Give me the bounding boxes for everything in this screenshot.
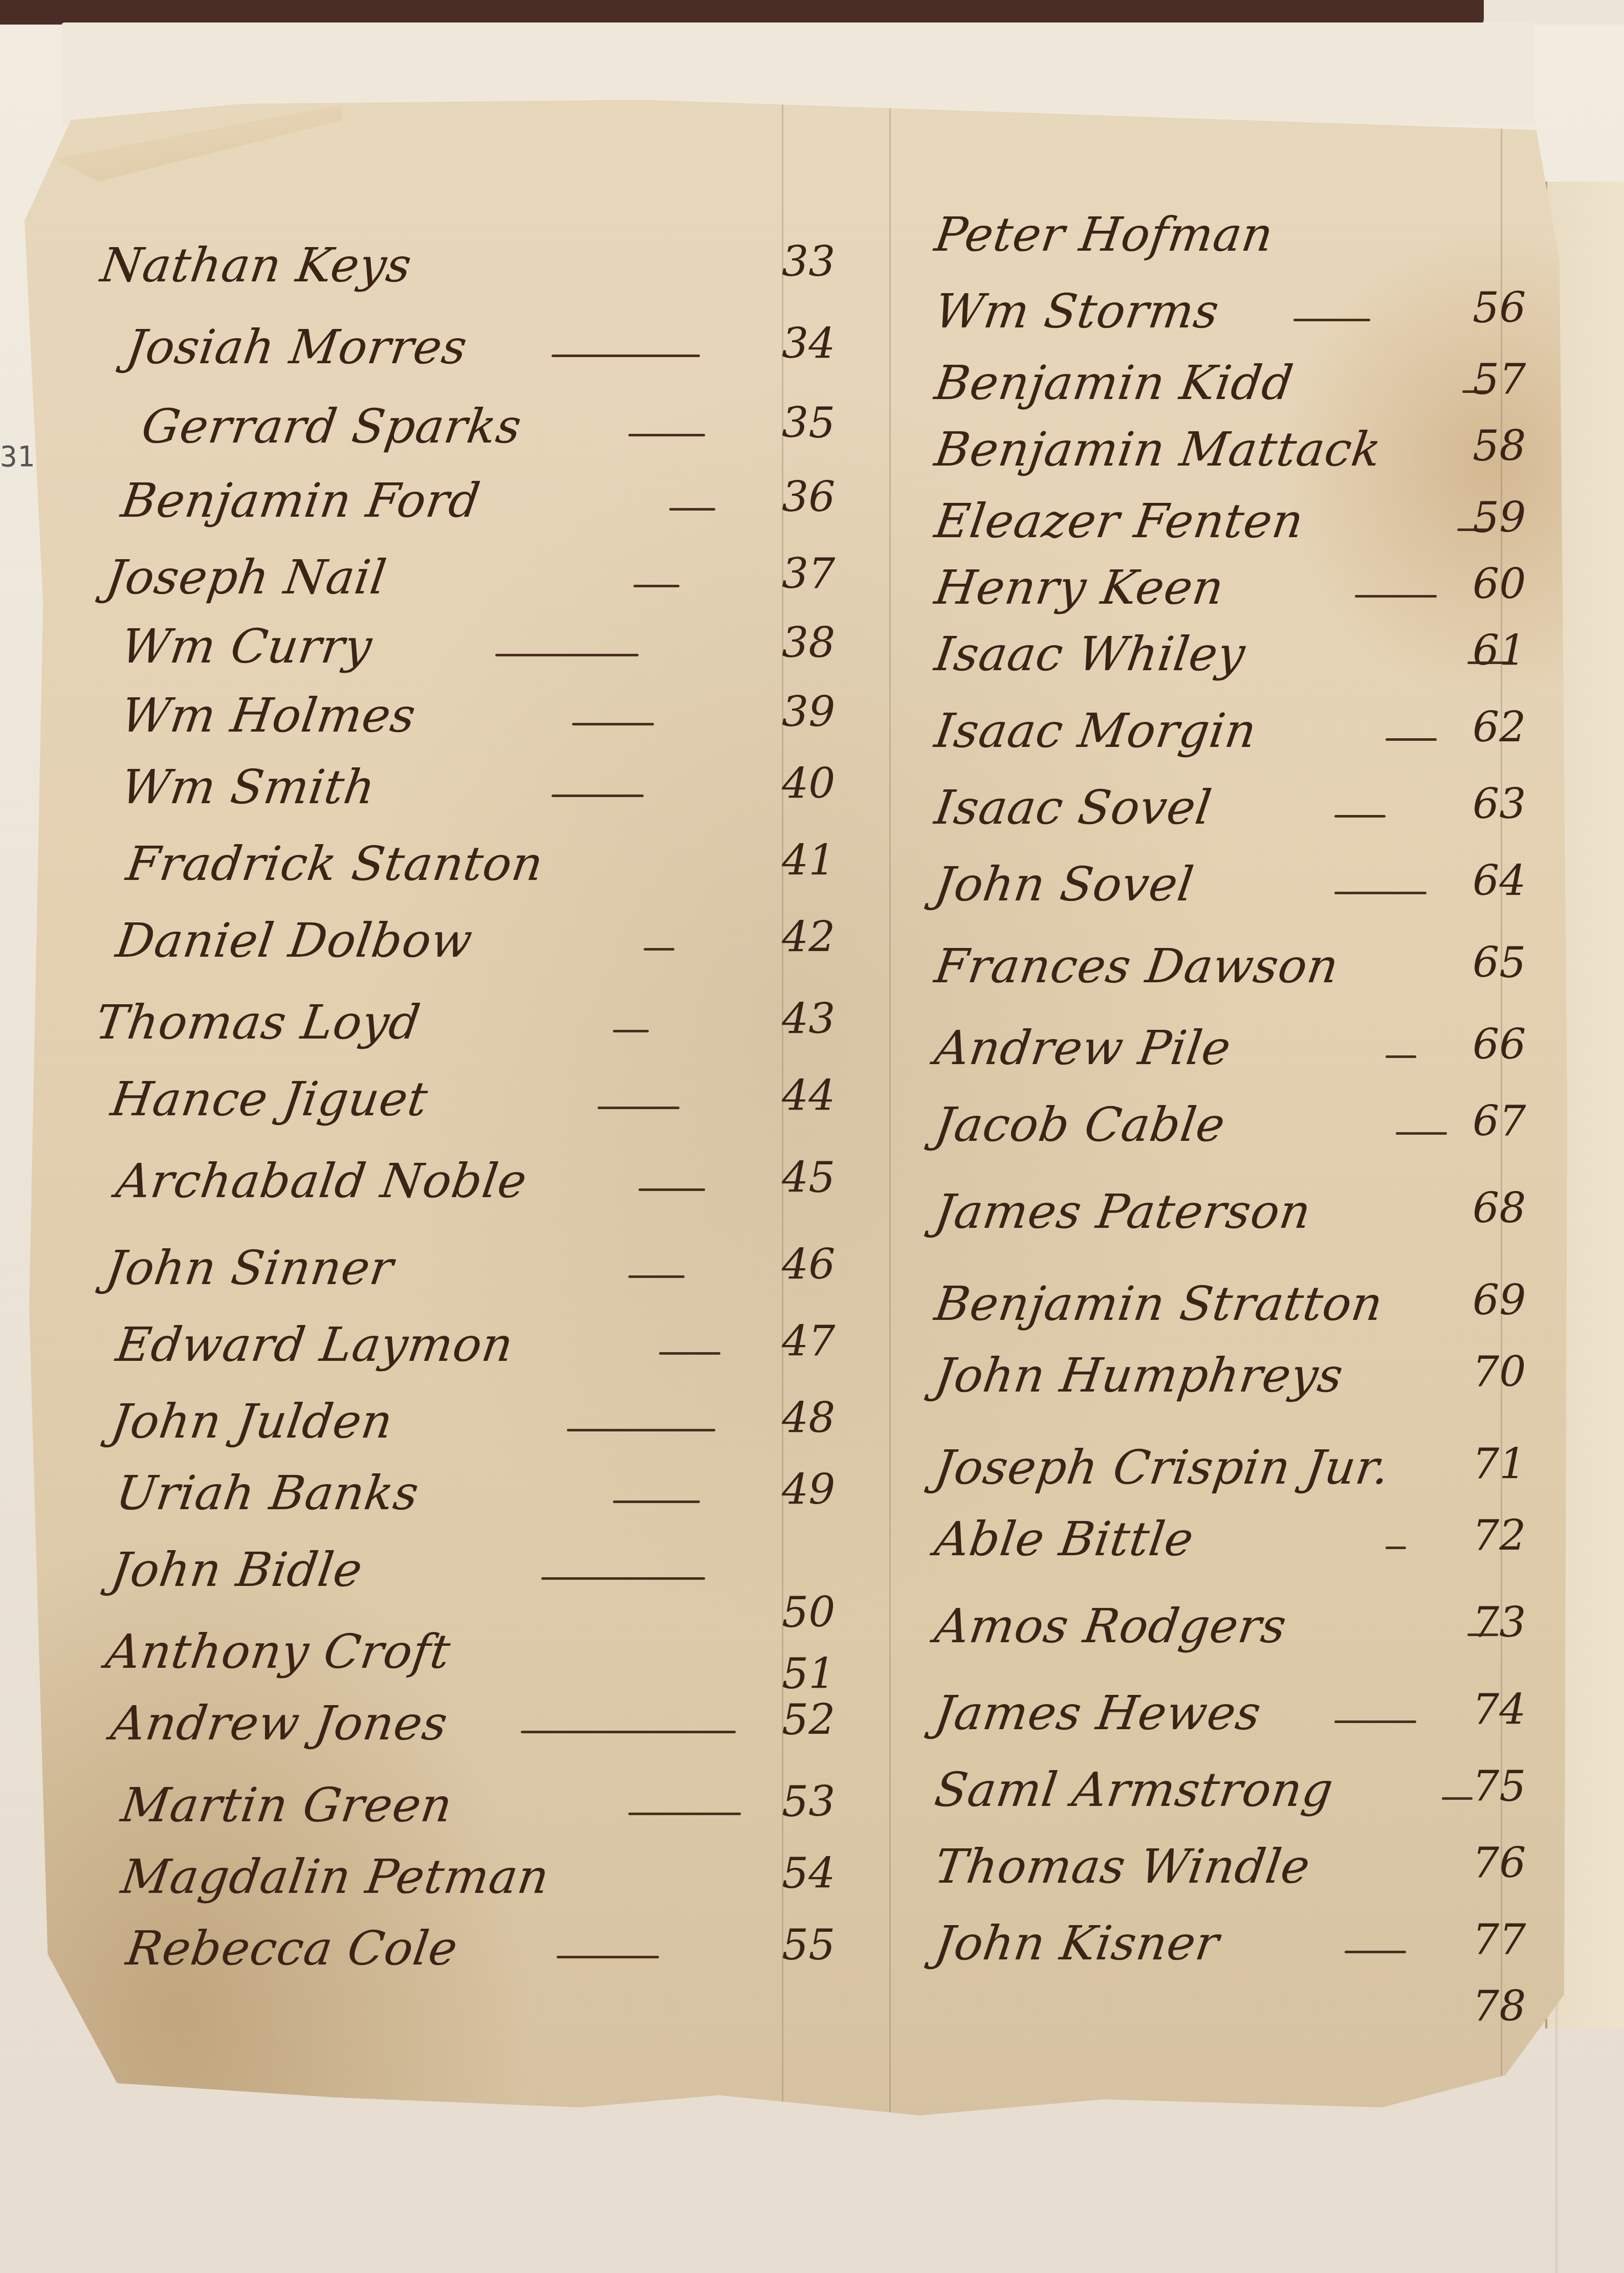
entry-number: 47 [782, 1317, 835, 1366]
register-entry: Henry Keen60 [894, 560, 1567, 632]
entry-name: Jacob Cable [931, 1097, 1228, 1152]
leader-dash [598, 1107, 679, 1109]
register-entry: Saml Armstrong75 [894, 1762, 1567, 1834]
entry-name: John Bidle [107, 1542, 366, 1597]
entry-name: Peter Hofman [931, 207, 1277, 262]
entry-number: 60 [1473, 560, 1526, 609]
leader-dash [541, 1577, 705, 1580]
register-entry: Gerrard Sparks35 [25, 399, 894, 471]
entry-number: 72 [1473, 1512, 1526, 1560]
leader-dash [521, 1731, 736, 1733]
entry-name: Wm Smith [118, 760, 379, 814]
entry-name: Fradrick Stanton [123, 836, 546, 891]
register-entry: John Julden48 [25, 1394, 894, 1466]
register-entry: Joseph Crispin Jur.71 [894, 1440, 1567, 1512]
leader-dash [552, 795, 644, 797]
leader-dash [552, 355, 700, 357]
leader-dash [628, 434, 705, 436]
entry-number: 78 [1473, 1982, 1526, 2031]
leader-dash [613, 1030, 649, 1032]
entry-name: John Humphreys [931, 1348, 1347, 1403]
entry-number: 36 [782, 473, 835, 522]
register-entry: Hance Jiguet44 [25, 1072, 894, 1143]
entry-name: Frances Dawson [931, 939, 1342, 994]
entry-number: 62 [1473, 703, 1526, 752]
entry-name: Rebecca Cole [123, 1921, 461, 1976]
entry-number: 74 [1473, 1686, 1526, 1734]
register-entry: Thomas Loyd43 [25, 995, 894, 1067]
entry-number: 51 [782, 1650, 835, 1698]
entry-number: 76 [1473, 1839, 1526, 1888]
leader-dash [572, 723, 654, 725]
entry-name: John Sinner [102, 1241, 397, 1295]
register-entry: Andrew Pile66 [894, 1021, 1567, 1092]
register-entry: Isaac Whiley61 [894, 627, 1567, 698]
register-entry: Rebecca Cole55 [25, 1921, 894, 1993]
register-entry: Uriah Banks49 [25, 1466, 894, 1537]
register-entry: Wm Curry38 [25, 619, 894, 691]
register-entry: Fradrick Stanton41 [25, 836, 894, 908]
entry-number: 42 [782, 913, 835, 962]
register-entry: Wm Storms56 [894, 284, 1567, 356]
entry-name: Anthony Croft [102, 1624, 454, 1679]
entry-number: 52 [782, 1696, 835, 1745]
register-entry: James Paterson68 [894, 1184, 1567, 1256]
entry-name: Able Bittle [931, 1512, 1197, 1566]
register-entry: John Bidle50 [25, 1542, 894, 1614]
register-entry: 78 [894, 1982, 1567, 2054]
entry-number: 59 [1473, 494, 1526, 542]
register-entry: Anthony Croft51 [25, 1624, 894, 1696]
entry-number: 71 [1473, 1440, 1526, 1489]
register-entry: Wm Holmes39 [25, 688, 894, 760]
entry-number: 45 [782, 1154, 835, 1202]
register-entry: Frances Dawson65 [894, 939, 1567, 1010]
register-entry: Joseph Nail37 [25, 550, 894, 622]
entry-name: Benjamin Ford [118, 473, 484, 528]
entry-number: 57 [1473, 356, 1526, 404]
entry-number: 56 [1473, 284, 1526, 333]
leader-dash [567, 1429, 715, 1431]
entry-name: Isaac Whiley [931, 627, 1248, 681]
register-entry: Isaac Sovel63 [894, 780, 1567, 852]
register-entry: Archabald Noble45 [25, 1154, 894, 1225]
register-entry: Eleazer Fenten59 [894, 494, 1567, 565]
entry-number: 48 [782, 1394, 835, 1443]
leader-dash [659, 1352, 720, 1355]
register-entry: James Hewes74 [894, 1686, 1567, 1757]
entry-name: John Kisner [931, 1916, 1222, 1971]
register-entry: Andrew Jones52 [25, 1696, 894, 1768]
leader-dash [1386, 738, 1437, 741]
entry-name: Thomas Windle [931, 1839, 1313, 1894]
entry-number: 44 [782, 1072, 835, 1120]
entry-number: 39 [782, 688, 835, 737]
entry-number: 49 [782, 1466, 835, 1514]
entry-number: 75 [1473, 1762, 1526, 1811]
register-entry: Wm Smith40 [25, 760, 894, 831]
leader-dash [1334, 815, 1386, 818]
entry-number: 66 [1473, 1021, 1526, 1069]
register-entry: Able Bittle72 [894, 1512, 1567, 1583]
entry-number: 77 [1473, 1916, 1526, 1965]
entry-number: 70 [1473, 1348, 1526, 1397]
leader-dash [639, 1188, 705, 1191]
register-entry: Edward Laymon47 [25, 1317, 894, 1389]
entry-name: Daniel Dolbow [113, 913, 476, 968]
leader-dash [557, 1956, 659, 1958]
register-entry: Isaac Morgin62 [894, 703, 1567, 775]
entry-name: Nathan Keys [97, 238, 415, 293]
register-entry: Benjamin Mattack58 [894, 422, 1567, 494]
entry-name: Uriah Banks [113, 1466, 422, 1520]
entry-number: 53 [782, 1778, 835, 1826]
register-entry: John Sovel64 [894, 857, 1567, 929]
entry-name: Joseph Crispin Jur. [931, 1440, 1393, 1495]
entry-name: Wm Holmes [118, 688, 419, 743]
leader-dash [1386, 1055, 1416, 1058]
leader-dash [669, 508, 715, 511]
register-entry: John Sinner46 [25, 1241, 894, 1312]
entry-number: 40 [782, 760, 835, 808]
entry-name: Gerrard Sparks [138, 399, 525, 454]
entry-name: Eleazer Fenten [931, 494, 1307, 548]
entry-name: Josiah Morres [123, 320, 471, 374]
leader-dash [1334, 1720, 1416, 1723]
entry-number: 63 [1473, 780, 1526, 829]
entry-name: Hance Jiguet [107, 1072, 431, 1127]
entry-number: 41 [782, 836, 835, 885]
register-entry: John Kisner77 [894, 1916, 1567, 1988]
entry-number: 33 [782, 238, 835, 286]
entry-name: Andrew Pile [931, 1021, 1234, 1075]
entry-number: 65 [1473, 939, 1526, 987]
entry-name: John Julden [107, 1394, 396, 1449]
entry-number: 61 [1473, 627, 1526, 675]
margin-page-number: 31 [0, 440, 34, 473]
entry-number: 43 [782, 995, 835, 1044]
entry-number: 73 [1473, 1599, 1526, 1647]
entry-name: Thomas Loyd [92, 995, 424, 1050]
leader-dash [1345, 1951, 1406, 1953]
leader-dash [644, 948, 674, 951]
leader-dash [1396, 1132, 1447, 1135]
entry-name: Martin Green [118, 1778, 456, 1833]
entry-number: 58 [1473, 422, 1526, 471]
entry-name: Amos Rodgers [931, 1599, 1290, 1653]
entry-number: 68 [1473, 1184, 1526, 1233]
leader-dash [1293, 319, 1370, 321]
leader-dash [1386, 1547, 1406, 1549]
entry-name: Isaac Morgin [931, 703, 1260, 758]
register-entry: Josiah Morres34 [25, 320, 894, 391]
register-entry: Daniel Dolbow42 [25, 913, 894, 985]
entry-name: Benjamin Mattack [931, 422, 1385, 477]
entry-number: 38 [782, 619, 835, 668]
register-entry: Benjamin Ford36 [25, 473, 894, 545]
entry-number: 46 [782, 1241, 835, 1289]
register-entry: Amos Rodgers73 [894, 1599, 1567, 1670]
entry-number: 69 [1473, 1276, 1526, 1325]
entry-name: James Hewes [931, 1686, 1264, 1740]
entry-name: Wm Storms [931, 284, 1222, 339]
leader-dash [628, 1813, 741, 1815]
leader-dash [628, 1275, 685, 1278]
register-entry: Benjamin Stratton69 [894, 1276, 1567, 1348]
entry-number: 67 [1473, 1097, 1526, 1146]
entry-name: Andrew Jones [107, 1696, 451, 1751]
entry-name: Joseph Nail [102, 550, 390, 605]
register-entry: Jacob Cable67 [894, 1097, 1567, 1169]
register-entry: Nathan Keys33 [25, 238, 894, 310]
entry-name: Wm Curry [118, 619, 376, 674]
entry-number: 55 [782, 1921, 835, 1970]
register-entry: Magdalin Petman54 [25, 1849, 894, 1921]
leader-dash [1442, 1797, 1473, 1800]
register-entry: Martin Green53 [25, 1778, 894, 1849]
binding-cover [0, 0, 1484, 25]
register-entry: Benjamin Kidd57 [894, 356, 1567, 427]
entry-name: Henry Keen [931, 560, 1227, 615]
manuscript-page: Nathan Keys33Josiah Morres34Gerrard Spar… [25, 100, 1567, 2115]
entry-number: 34 [782, 320, 835, 368]
entry-number: 54 [782, 1849, 835, 1898]
leader-dash [1334, 892, 1427, 894]
entry-number: 35 [782, 399, 835, 448]
entry-number: 64 [1473, 857, 1526, 906]
entry-name: Archabald Noble [113, 1154, 530, 1208]
leader-dash [1355, 595, 1437, 598]
entry-name: Saml Armstrong [931, 1762, 1336, 1817]
entry-name: Edward Laymon [113, 1317, 517, 1372]
leader-dash [633, 585, 679, 587]
entry-name: John Sovel [931, 857, 1197, 912]
entry-number: 37 [782, 550, 835, 599]
register-entry: Thomas Windle76 [894, 1839, 1567, 1911]
leader-dash [613, 1500, 700, 1503]
register-entry: Peter Hofman [894, 207, 1567, 279]
entry-name: Benjamin Stratton [931, 1276, 1386, 1331]
entry-name: Isaac Sovel [931, 780, 1215, 835]
entry-name: Magdalin Petman [118, 1849, 553, 1904]
leader-dash [495, 654, 639, 656]
register-entry: John Humphreys70 [894, 1348, 1567, 1420]
entry-name: James Paterson [931, 1184, 1314, 1239]
entry-name: Benjamin Kidd [931, 356, 1297, 410]
